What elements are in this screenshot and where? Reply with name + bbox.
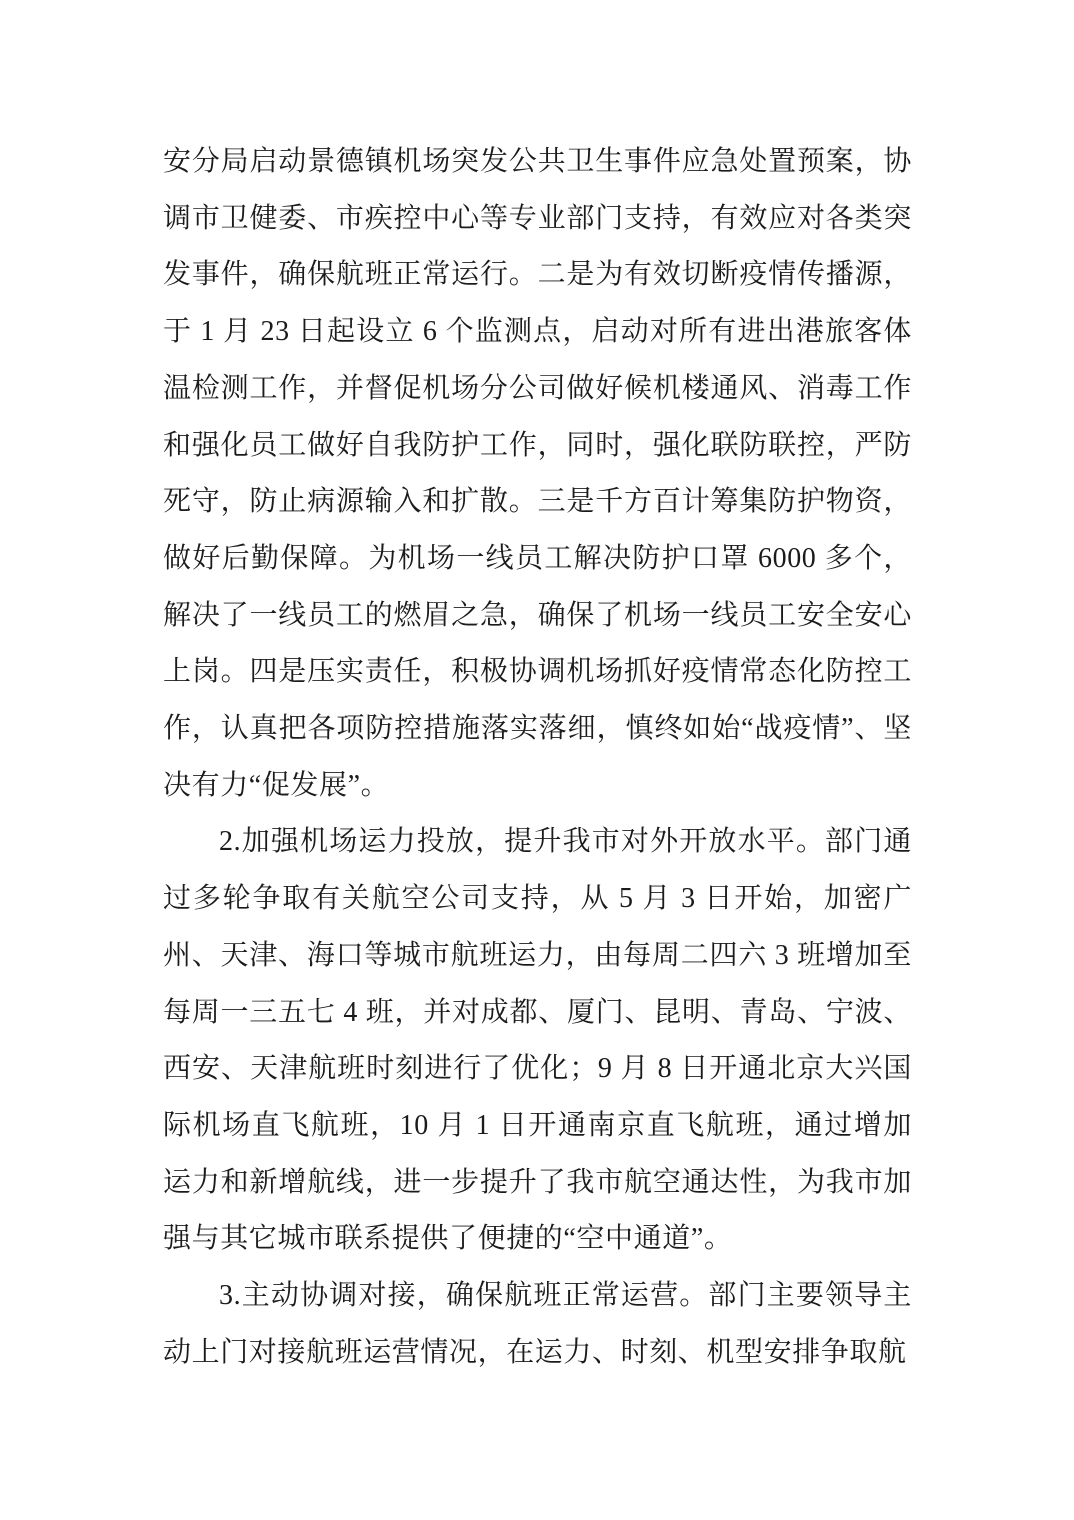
paragraph-continuation: 安分局启动景德镇机场突发公共卫生事件应急处置预案，协调市卫健委、市疾控中心等专业…: [163, 134, 912, 814]
paragraph-item-3: 3.主动协调对接，确保航班正常运营。部门主要领导主动上门对接航班运营情况，在运力…: [163, 1268, 912, 1381]
paragraph-item-2: 2.加强机场运力投放，提升我市对外开放水平。部门通过多轮争取有关航空公司支持，从…: [163, 814, 912, 1268]
document-page: 安分局启动景德镇机场突发公共卫生事件应急处置预案，协调市卫健委、市疾控中心等专业…: [0, 0, 1074, 1520]
document-text-block: 安分局启动景德镇机场突发公共卫生事件应急处置预案，协调市卫健委、市疾控中心等专业…: [163, 134, 912, 1381]
